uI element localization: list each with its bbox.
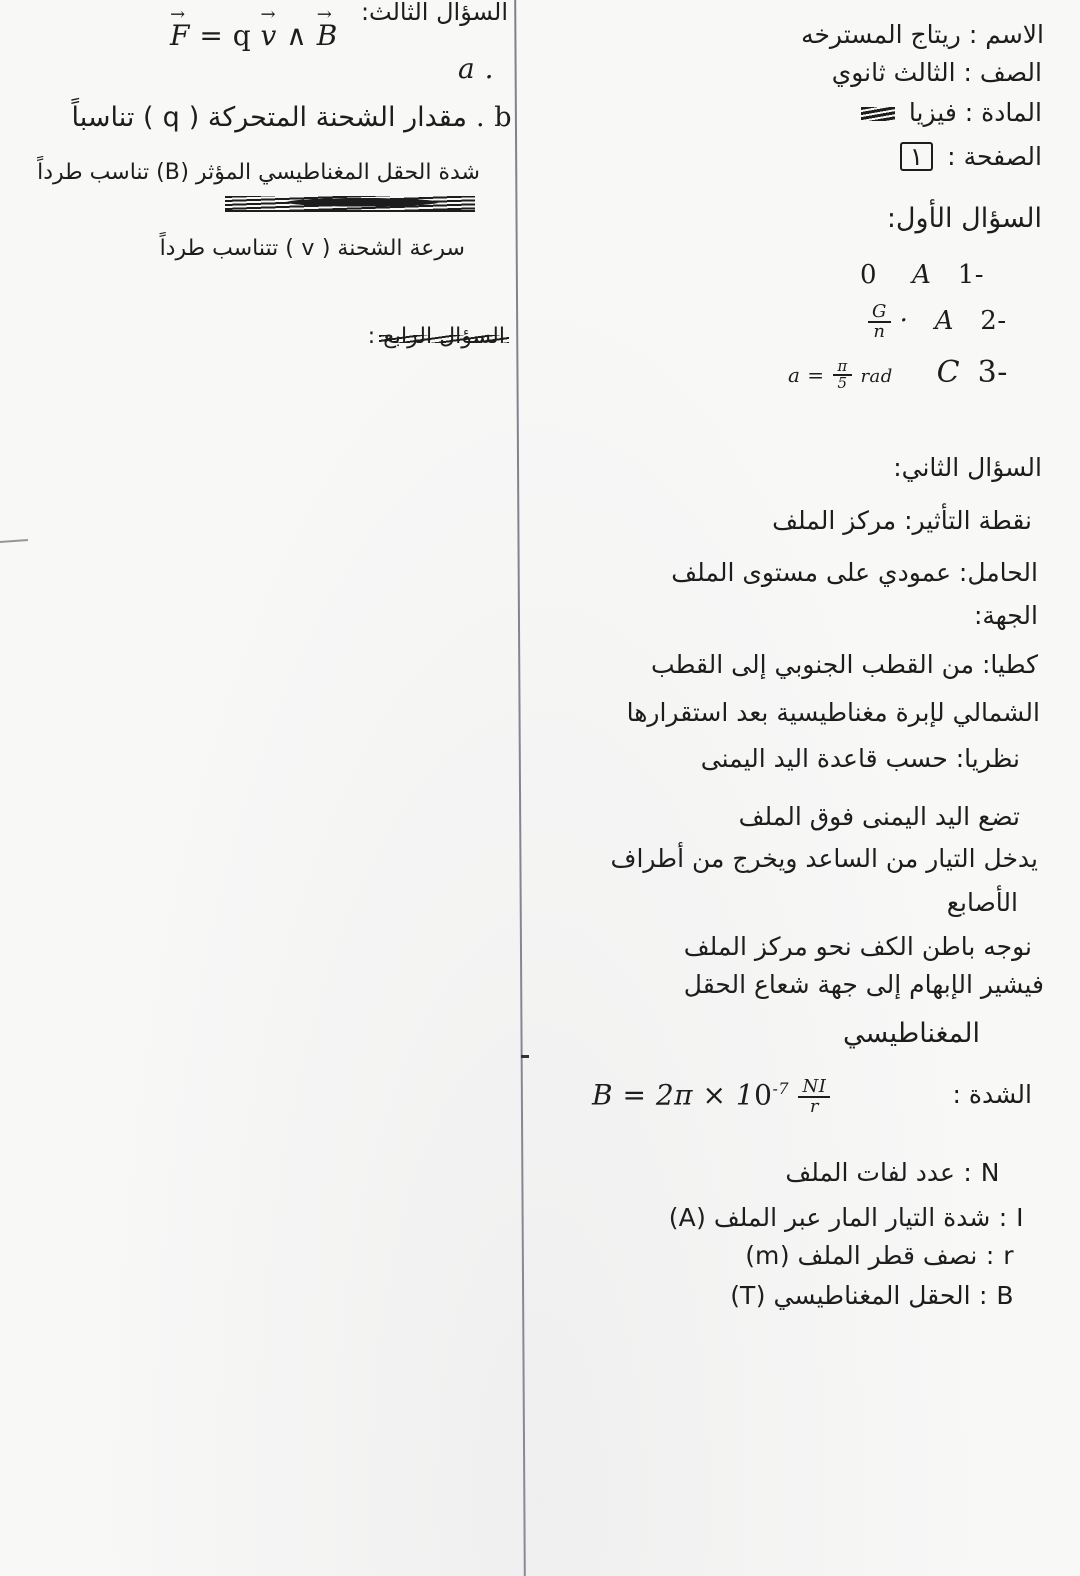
q3-part-a-formula: F = q v ∧ B (170, 22, 338, 50)
scribble-mark (861, 107, 895, 121)
q2-line-direction-label: الجهة: (974, 603, 1038, 628)
name-value: ريتاج المسترخه (801, 20, 961, 49)
subject-value: فيزيا (909, 98, 957, 127)
q2-line-support: الحامل: عمودي على مستوى الملف (671, 560, 1038, 585)
name-label: الاسم (985, 20, 1044, 49)
q1-answer-3: a = π 5 rad C 3- (788, 358, 1008, 391)
q2-line-4: كطيا: من القطب الجنوبي إلى القطب (651, 652, 1038, 677)
crossed-out-line (225, 196, 475, 212)
header-page-line: الصفحة : ١ (900, 142, 1042, 171)
q3-title: السؤال الثالث: (361, 0, 508, 24)
q2-line-8: يدخل التيار من الساعد ويخرج من أطراف (611, 846, 1038, 871)
q2-formula: B = 2π × 10-7 NI r (592, 1078, 830, 1116)
q2-line-10: نوجه باطن الكف نحو مركز الملف (684, 934, 1032, 959)
q2-intensity-label: الشدة : (953, 1082, 1032, 1107)
divider-tick-mark (521, 1055, 529, 1058)
header-subject-line: المادة : فيزيا (861, 100, 1042, 125)
q2-line-5: الشمالي لإبرة مغناطيسية بعد استقرارها (627, 700, 1040, 725)
q2-line-6: نظريا: حسب قاعدة اليد اليمنى (701, 746, 1020, 771)
subject-label: المادة (981, 98, 1042, 127)
page-label: الصفحة (964, 142, 1042, 171)
q2-line-9: الأصابع (947, 890, 1018, 915)
q2-legend-b: B : الحقل المغناطيسي (T) (730, 1283, 1014, 1308)
q2-line-11: فيشير الإبهام إلى جهة شعاع الحقل (684, 972, 1044, 997)
q1-answer-2: G n · A 2- (868, 303, 1007, 341)
q1-title: السؤال الأول: (887, 205, 1042, 232)
q3-part-b-line-3: سرعة الشحنة ( v ) تتناسب طرداً (160, 238, 465, 260)
q2-line-point: نقطة التأثير: مركز الملف (772, 508, 1032, 533)
q2-legend-n: N : عدد لفات الملف (785, 1160, 1000, 1185)
q2-line-12: المغناطيسي (843, 1020, 980, 1047)
q2-legend-i: I : شدة التيار المار عبر الملف (A) (669, 1205, 1024, 1230)
class-label: الصف (980, 58, 1042, 87)
q3-part-a-label: a . (458, 55, 494, 83)
q2-title: السؤال الثاني: (893, 455, 1042, 480)
header-name-line: الاسم : ريتاج المسترخه (801, 22, 1044, 47)
class-value: الثالث ثانوي (832, 58, 956, 87)
q1-answer-1: 0 A 1- (860, 262, 984, 288)
q3-part-b-line-2: شدة الحقل المغناطيسي المؤثر (B) تناسب طر… (37, 162, 480, 184)
q2-legend-r: r : نصف قطر الملف (m) (745, 1243, 1014, 1268)
page-number-box: ١ (900, 142, 933, 171)
q4-title-crossed: السؤال الرابع : (368, 326, 505, 348)
q3-part-b-line-1: b . مقدار الشحنة المتحركة ( q ) تناسباً (71, 104, 512, 131)
q2-line-7: تضع اليد اليمنى فوق الملف (739, 804, 1020, 829)
header-class-line: الصف : الثالث ثانوي (832, 60, 1042, 85)
